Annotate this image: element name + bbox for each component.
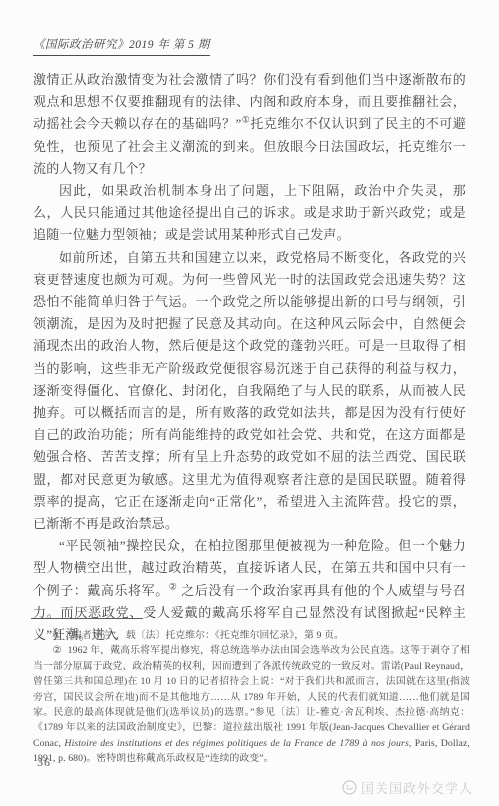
paragraph: 如前所述，自第五共和国建立以来，政党格局不断变化，各政党的兴衰更替速度也颇为可观… — [33, 247, 466, 536]
paragraph: 激情正从政治激情变为社会激情了吗？你们没有看到他们当中逐渐散布的观点和思想不仅要… — [33, 69, 466, 180]
footnote-marker: ② — [53, 645, 62, 656]
footnote-item: ②1962 年，戴高乐将军提出修宪，将总统选举办法由国会选举改为公民直选。这等于… — [33, 643, 470, 766]
footnotes: ①“编者导言”，载〔法〕托克维尔：《托克维尔回忆录》，第 9 页。 ②1962 … — [33, 628, 470, 767]
footnote-text: “编者导言”，载〔法〕托克维尔：《托克维尔回忆录》，第 9 页。 — [67, 630, 343, 641]
article-body: 激情正从政治激情变为社会激情了吗？你们没有看到他们当中逐渐散布的观点和思想不仅要… — [33, 69, 466, 646]
footnote-text: 1962 年，戴高乐将军提出修宪，将总统选举办法由国会选举改为公民直选。这等于剥… — [33, 645, 470, 764]
footnote-marker: ① — [53, 630, 62, 641]
journal-header: 《国际政治研究》2019 年 第 5 期 — [33, 36, 210, 56]
footnote-separator — [31, 618, 143, 619]
watermark-logo-icon — [342, 780, 357, 795]
watermark-text: 国关国政外交学人 — [361, 778, 473, 797]
footnote-item: ①“编者导言”，载〔法〕托克维尔：《托克维尔回忆录》，第 9 页。 — [33, 628, 470, 643]
page-number: 36 — [37, 755, 51, 770]
watermark: 国关国政外交学人 — [342, 778, 473, 797]
document-page: 《国际政治研究》2019 年 第 5 期 激情正从政治激情变为社会激情了吗？你们… — [0, 0, 499, 806]
paragraph: 因此，如果政治机制本身出了问题，上下阻隔，政治中介失灵，那么，人民只能通过其他途… — [33, 180, 466, 247]
